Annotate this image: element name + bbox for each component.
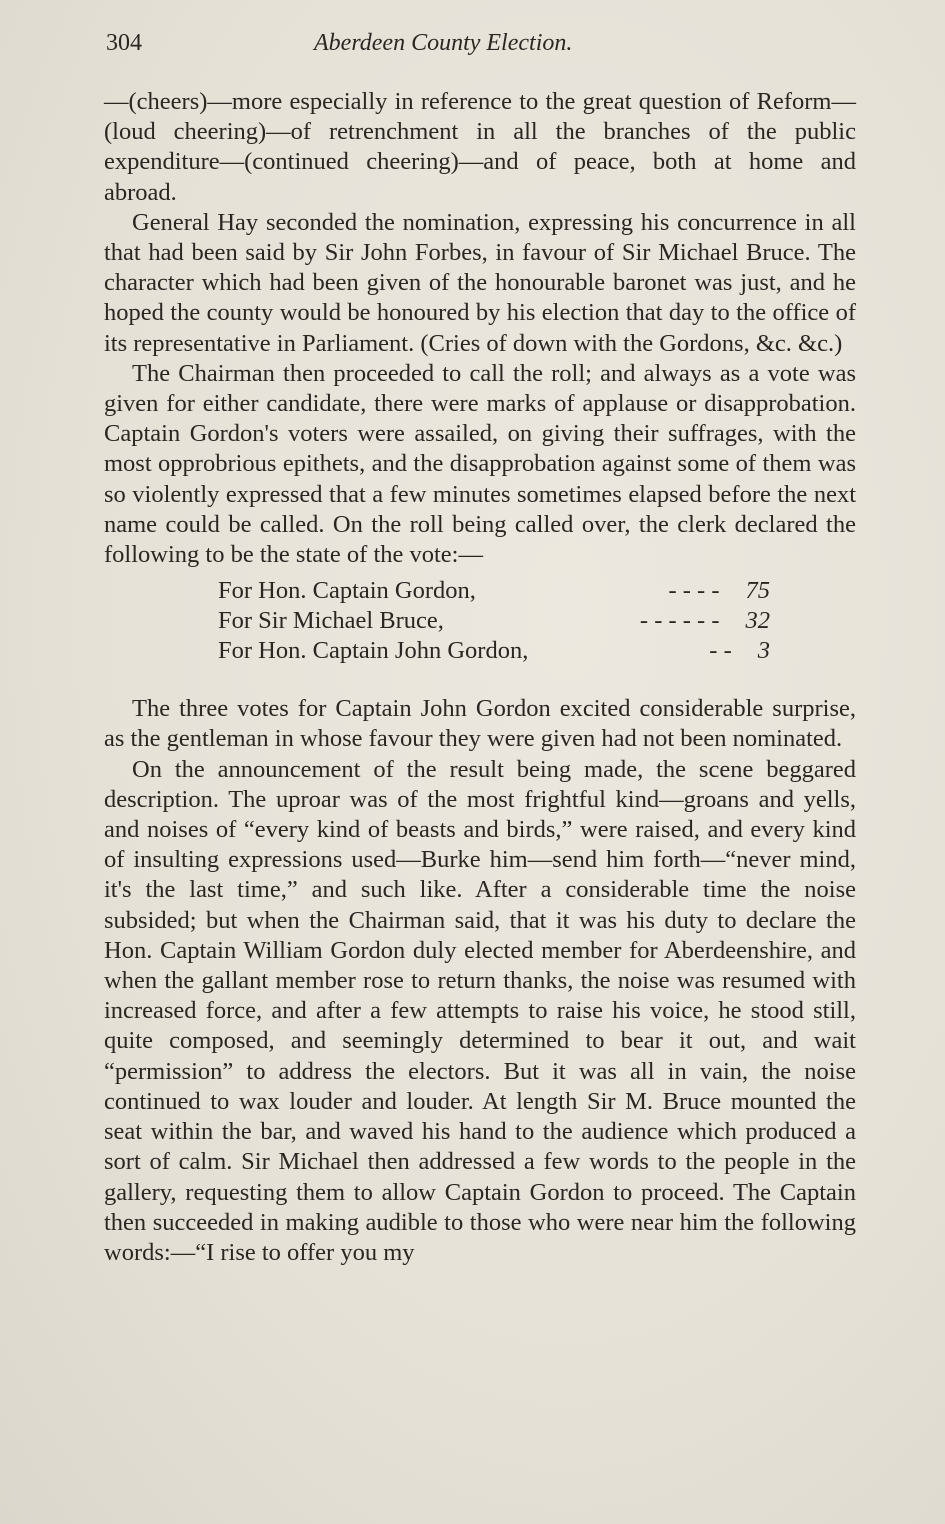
paragraph: On the announcement of the result being … <box>104 755 856 1268</box>
vote-leader: - - <box>709 636 731 666</box>
page-number: 304 <box>106 30 142 57</box>
vote-leader: - - - - <box>668 576 719 606</box>
paragraph: The three votes for Captain John Gordon … <box>104 694 856 754</box>
vote-leader: - - - - - - <box>640 606 720 636</box>
vote-label: For Sir Michael Bruce, <box>218 606 444 636</box>
running-title: Aberdeen County Election. <box>314 30 572 57</box>
vote-label: For Hon. Captain John Gordon, <box>218 636 528 666</box>
vote-count: 75 <box>746 576 771 606</box>
vote-row: For Hon. Captain Gordon, - - - - 75 <box>218 576 770 606</box>
vote-count: 32 <box>746 606 771 636</box>
book-page: 304 Aberdeen County Election. —(cheers)—… <box>0 0 945 1524</box>
vote-row: For Hon. Captain John Gordon, - - 3 <box>218 636 770 666</box>
paragraph: General Hay seconded the nomination, exp… <box>104 208 856 359</box>
vote-table: For Hon. Captain Gordon, - - - - 75 For … <box>218 576 770 666</box>
page-body: —(cheers)—more especially in reference t… <box>104 87 856 1268</box>
vote-label: For Hon. Captain Gordon, <box>218 576 476 606</box>
running-header: 304 Aberdeen County Election. <box>106 30 866 60</box>
paragraph: —(cheers)—more especially in reference t… <box>104 87 856 208</box>
paragraph: The Chairman then proceeded to call the … <box>104 359 856 570</box>
vote-row: For Sir Michael Bruce, - - - - - - 32 <box>218 606 770 636</box>
vote-count: 3 <box>758 636 770 666</box>
